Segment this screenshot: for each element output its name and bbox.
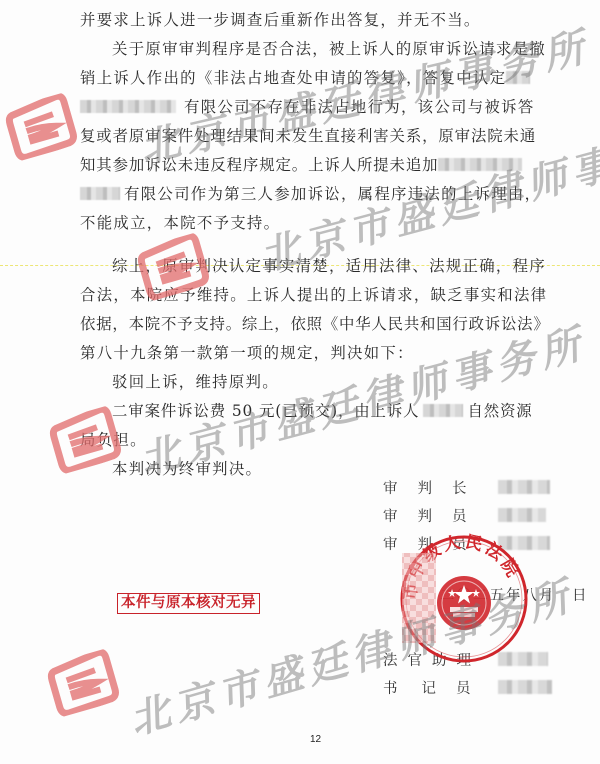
redacted-block	[80, 187, 120, 200]
page-number: 12	[310, 734, 321, 745]
watermark-logo-icon	[2, 92, 80, 162]
signature-row-presiding-judge: 审判长	[383, 477, 479, 498]
signature-row-judge: 审判员	[383, 505, 479, 526]
certified-copy-stamp: 本件与原本核对无异	[117, 593, 260, 614]
redacted-name	[498, 680, 552, 694]
role-label: 书记员	[383, 677, 479, 698]
role-label: 审判长	[383, 477, 479, 498]
text-line: 并要求上诉人进一步调查后重新作出答复，并无不当。	[80, 10, 520, 30]
signature-row-clerk: 书记员	[383, 677, 479, 698]
text-segment: 知其参加诉讼未违反程序规定。上诉人所提未追加	[80, 156, 438, 174]
redacted-name	[498, 480, 550, 494]
redacted-name	[498, 508, 546, 522]
text-segment: 自然资源	[467, 402, 532, 420]
document-page: 并要求上诉人进一步调查后重新作出答复，并无不当。 关于原审审判程序是否合法，被上…	[0, 0, 600, 764]
watermark-logo-icon	[44, 648, 122, 718]
role-label: 审判员	[383, 505, 479, 526]
text-line: 依据，本院不予支持。综上，依照《中华人民共和国行政诉讼法》	[80, 314, 520, 334]
